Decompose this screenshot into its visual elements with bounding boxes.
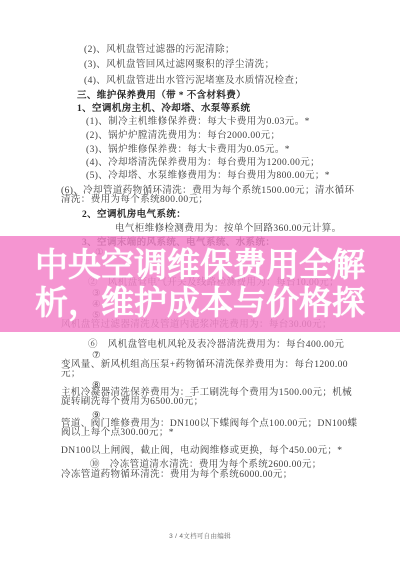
doc-line-31: DN100以上闸阀，截止阀，电动阀维修或更换，每个450.00元；* bbox=[61, 446, 342, 456]
doc-line-8: (4)、冷却塔清洗保养费用为：每台费用为1200.00元； bbox=[86, 158, 320, 168]
doc-line-11: 清洗：费用为每个系统800.00元； bbox=[61, 195, 208, 205]
doc-line-7: (3)、锅炉维修保养费：每大卡费用为0.05元。* bbox=[86, 145, 290, 155]
document-page: (2)、风机盘管过滤器的污泥清除；(3)、风机盘管回风过滤网聚积的浮尘清洗；(4… bbox=[0, 0, 400, 566]
doc-line-33: 冷冻管道药物循环清洗：费用为每个系统6000.00元； bbox=[61, 470, 293, 480]
doc-line-5: (1)、制冷主机维修保养费：每大卡费用为0.03元。* bbox=[86, 117, 310, 127]
doc-line-27: 旋转刷洗每个费用为6500.00元； bbox=[61, 397, 204, 407]
doc-line-9: (5)、冷却塔、水泵维修费用为：每台费用为800.00元；* bbox=[86, 171, 330, 181]
doc-line-3: 三、维护保养费用（带 * 不含材料费） bbox=[77, 91, 246, 101]
doc-line-4: 1、空调机房主机、冷却塔、水泵等系统 bbox=[77, 104, 250, 114]
overlay-title-line2: 析，维护成本与价格探 bbox=[35, 284, 365, 322]
title-overlay: 中央空调维保费用全解 析，维护成本与价格探 bbox=[0, 236, 400, 332]
doc-line-0: (2)、风机盘管过滤器的污泥清除； bbox=[84, 45, 235, 55]
doc-line-30: 阀以上每个点300.00元；* bbox=[61, 428, 174, 438]
doc-line-6: (2)、锅炉炉膛清洗费用为：每台2000.00元； bbox=[86, 131, 280, 141]
doc-line-23: 变风量、新风机组高压泵+药物循环清洗保养费用为：每台1200.00 bbox=[61, 360, 348, 370]
doc-line-24: 元； bbox=[61, 369, 81, 379]
doc-line-1: (3)、风机盘管回风过滤网聚积的浮尘清洗； bbox=[84, 60, 274, 70]
page-footer: 3 / 4文档可自由编辑 bbox=[0, 533, 400, 541]
doc-line-21: ⑥ 风机盘管电机风轮及表冷器清洗费用为：每台400.00元 bbox=[88, 340, 344, 350]
doc-line-2: (4)、风机盘管进出水管污泥堵塞及水质情况检查； bbox=[84, 76, 304, 86]
doc-line-32: ⑩ 冷冻管道清水清洗：费用为每个系统2600.00元； bbox=[90, 460, 322, 470]
overlay-title-line1: 中央空调维保费用全解 bbox=[35, 246, 365, 284]
doc-line-13: 电气柜维修检测费用为：按单个回路360.00元计算。 bbox=[115, 224, 342, 234]
doc-line-12: 2、空调机房电气系统： bbox=[82, 210, 186, 220]
